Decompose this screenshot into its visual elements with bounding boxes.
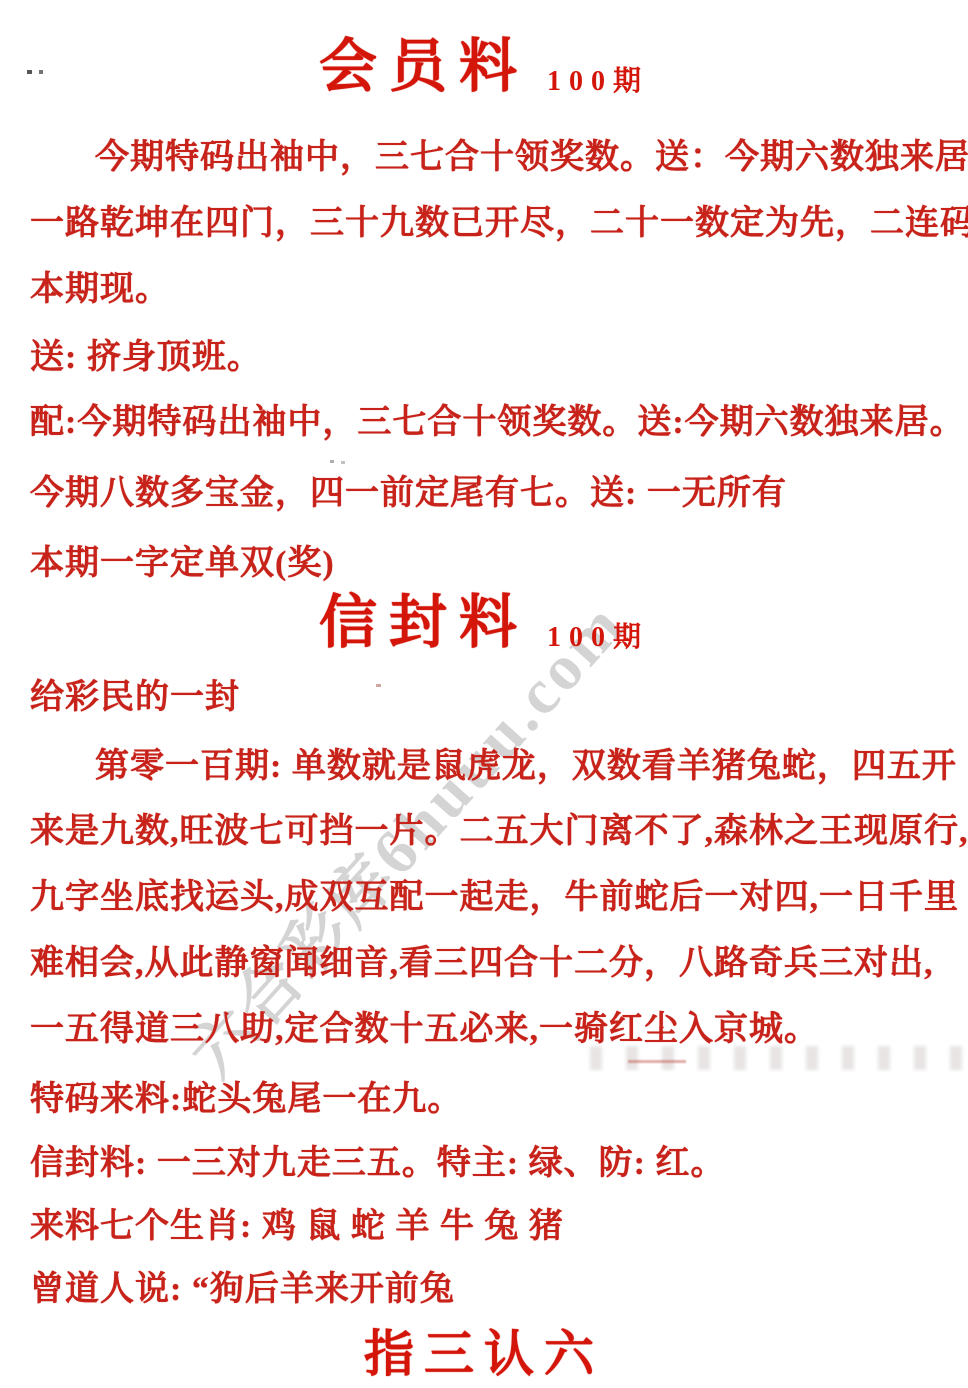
member-line: 配:今期特码出袖中，三七合十领奖数。送:今期六数独来居。 <box>30 403 965 443</box>
scan-speck <box>376 684 381 687</box>
envelope-line: 来是九数,旺波七可挡一片。二五大门离不了,森林之王现原行, <box>30 812 968 852</box>
scan-speck <box>341 461 345 464</box>
envelope-section-issue-number: 100期 <box>547 615 649 655</box>
tip-sheet-page: 六合彩库6huuu.com 会员料 100期 今期特码出袖中，三七合十领奖数。送… <box>0 0 968 1388</box>
member-line: 送: 挤身顶班。 <box>30 338 262 378</box>
envelope-section-title-row: 信封料 100期 <box>0 594 968 655</box>
member-section-issue-number: 100期 <box>547 59 649 99</box>
erased-text-smudge-dash <box>628 1060 686 1063</box>
scan-speck <box>330 460 334 463</box>
envelope-line: 给彩民的一封 <box>30 678 240 718</box>
footer-row: 指三认六 <box>0 1326 968 1382</box>
envelope-line: 第零一百期: 单数就是鼠虎龙，双数看羊猪兔蛇，四五开 <box>95 747 957 787</box>
member-section-title-row: 会员料 100期 <box>0 38 968 99</box>
envelope-line: 来料七个生肖: 鸡 鼠 蛇 羊 牛 兔 猪 <box>30 1207 564 1247</box>
member-line: 今期八数多宝金，四一前定尾有七。送: 一无所有 <box>30 474 787 514</box>
member-line: 一路乾坤在四门，三十九数已开尽，二十一数定为先，二连码 <box>30 204 968 244</box>
envelope-line: 一五得道三八助,定合数十五必来,一骑红尘入京城。 <box>30 1010 819 1050</box>
member-section-title: 会员料 <box>319 38 529 96</box>
envelope-line: 难相会,从此静窗闻细音,看三四合十二分，八路奇兵三对出, <box>30 944 934 984</box>
envelope-line: 曾道人说: “狗后羊来开前兔 <box>30 1270 455 1310</box>
member-line: 本期现。 <box>30 270 170 310</box>
member-line: 本期一字定单双(奖) <box>30 544 335 584</box>
envelope-section-title: 信封料 <box>319 594 529 652</box>
envelope-line: 特码来料:蛇头兔尾一在九。 <box>30 1080 462 1120</box>
envelope-line: 九字坐底找运头,成双互配一起走，牛前蛇后一对四,一日千里 <box>30 878 959 918</box>
footer-slogan: 指三认六 <box>364 1326 604 1382</box>
member-line: 今期特码出袖中，三七合十领奖数。送：今期六数独来居 <box>95 138 968 178</box>
envelope-line: 信封料: 一三对九走三五。特主: 绿、防: 红。 <box>30 1144 725 1184</box>
